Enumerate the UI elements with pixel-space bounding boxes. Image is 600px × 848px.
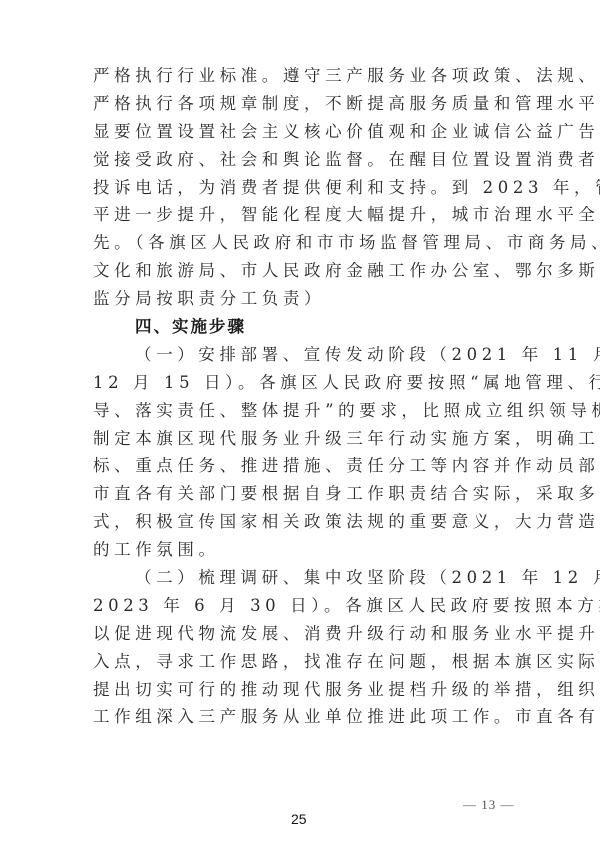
stage1-title-line: （一）安排部署、宣传发动阶段（2021 年 11 月 15 日—	[93, 341, 511, 369]
scan-page-number: 25	[291, 811, 307, 827]
text-line: 入点，寻求工作思路，找准存在问题，根据本旗区实际情况，	[93, 648, 511, 676]
text-line: 市直各有关部门要根据自身工作职责结合实际，采取多种方	[93, 480, 511, 508]
text-line: 投诉电话，为消费者提供便利和支持。到 2023 年，管理水	[93, 174, 511, 202]
text-line: 12 月 15 日）。各旗区人民政府要按照“属地管理、行业指	[93, 369, 511, 397]
text-line: 显要位置设置社会主义核心价值观和企业诚信公益广告，自	[93, 118, 511, 146]
text-line: 的工作氛围。	[93, 536, 511, 564]
text-line: 严格执行行业标准。遵守三产服务业各项政策、法规、规定，	[93, 62, 511, 90]
text-line: 导、落实责任、整体提升”的要求，比照成立组织领导机构，	[93, 397, 511, 425]
stage2-title-line: （二）梳理调研、集中攻坚阶段（2021 年 12 月 15 日—	[93, 564, 511, 592]
text-line: 先。（各旗区人民政府和市市场监督管理局、市商务局、市	[93, 229, 511, 257]
text-line: 提出切实可行的推动现代服务业提档升级的举措，组织专门	[93, 676, 511, 704]
text-line: 以促进现代物流发展、消费升级行动和服务业水平提升为切	[93, 620, 511, 648]
text-line: 平进一步提升，智能化程度大幅提升，城市治理水平全国领	[93, 201, 511, 229]
footer-page-number: — 13 —	[463, 797, 515, 813]
text-line: 标、重点任务、推进措施、责任分工等内容并作动员部署。	[93, 452, 511, 480]
document-page: 严格执行行业标准。遵守三产服务业各项政策、法规、规定， 严格执行各项规章制度，不…	[0, 0, 600, 848]
text-line: 文化和旅游局、市人民政府金融工作办公室、鄂尔多斯银保	[93, 257, 511, 285]
text-line: 制定本旗区现代服务业升级三年行动实施方案，明确工作目	[93, 425, 511, 453]
text-line: 觉接受政府、社会和舆论监督。在醒目位置设置消费者服务	[93, 146, 511, 174]
text-line: 2023 年 6 月 30 日）。各旗区人民政府要按照本方案要求，	[93, 592, 511, 620]
section-heading: 四、实施步骤	[93, 313, 511, 341]
text-line: 工作组深入三产服务从业单位推进此项工作。市直各有关部	[93, 703, 511, 731]
document-body: 严格执行行业标准。遵守三产服务业各项政策、法规、规定， 严格执行各项规章制度，不…	[93, 62, 511, 731]
text-line: 监分局按职责分工负责）	[93, 285, 511, 313]
text-line: 严格执行各项规章制度，不断提高服务质量和管理水平。在	[93, 90, 511, 118]
text-line: 式，积极宣传国家相关政策法规的重要意义，大力营造浓厚	[93, 508, 511, 536]
